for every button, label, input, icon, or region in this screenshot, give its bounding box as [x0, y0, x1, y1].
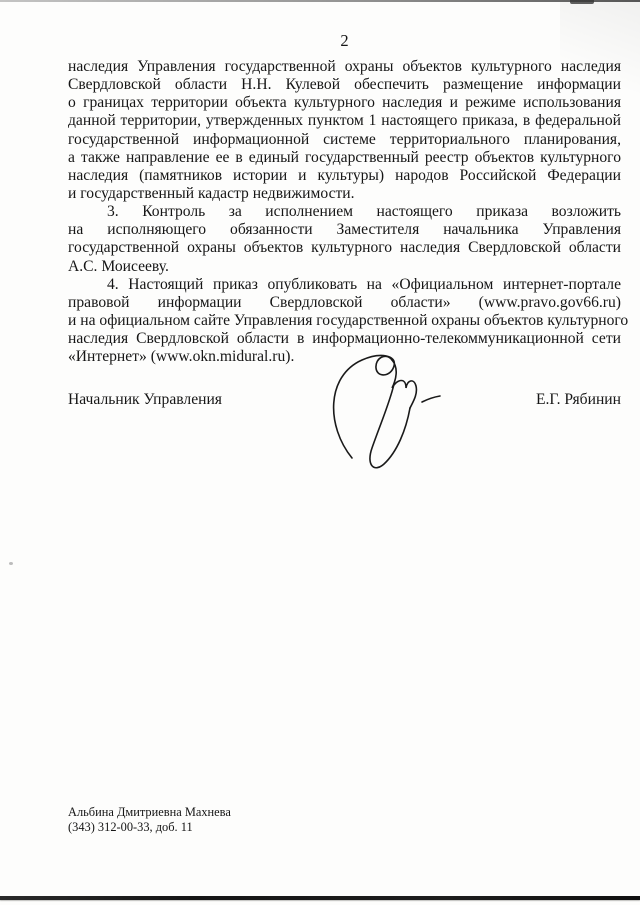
text-line: о границах территории объекта культурног… — [68, 94, 621, 112]
document-body: наследия Управления государственной охра… — [68, 58, 621, 366]
text-line: на исполняющего обязанности Заместителя … — [68, 221, 621, 239]
contact-phone: (343) 312-00-33, доб. 11 — [68, 820, 468, 835]
executor-contact: Альбина Дмитриевна Махнева (343) 312-00-… — [68, 805, 468, 835]
text-line: Свердловской области Н.Н. Кулевой обеспе… — [68, 76, 621, 94]
contact-name: Альбина Дмитриевна Махнева — [68, 805, 468, 820]
signatory-name: Е.Г. Рябинин — [536, 390, 621, 409]
text-line: наследия Управления государственной охра… — [68, 58, 621, 76]
text-line: а также направление ее в единый государс… — [68, 149, 621, 167]
text-line: государственной охраны объектов культурн… — [68, 239, 621, 257]
scan-edge-bottom — [0, 896, 640, 900]
text-line: наследия Свердловской области в информац… — [68, 330, 621, 348]
page-number: 2 — [68, 31, 621, 51]
text-line: и на официальном сайте Управления госуда… — [68, 312, 621, 330]
text-line: государственной информационной системе т… — [68, 131, 621, 149]
text-line: наследия (памятников истории и культуры)… — [68, 167, 621, 185]
scanned-document-page: 2 наследия Управления государственной ох… — [0, 0, 640, 905]
text-line: 3. Контроль за исполнением настоящего пр… — [68, 203, 621, 221]
text-line: 4. Настоящий приказ опубликовать на «Офи… — [68, 276, 621, 294]
handwritten-signature-ink — [322, 350, 452, 482]
text-line: правовой информации Свердловской области… — [68, 294, 621, 312]
paragraph-continuation: наследия Управления государственной охра… — [68, 58, 621, 203]
paragraph-item-3: 3. Контроль за исполнением настоящего пр… — [68, 203, 621, 276]
scan-speck — [9, 562, 13, 565]
text-line: и государственный кадастр недвижимости. — [68, 185, 621, 203]
text-line: А.С. Моисееву. — [68, 258, 621, 276]
text-line: данной территории, утвержденных пунктом … — [68, 112, 621, 130]
scan-edge-top — [0, 0, 640, 2]
signatory-position: Начальник Управления — [68, 390, 222, 409]
